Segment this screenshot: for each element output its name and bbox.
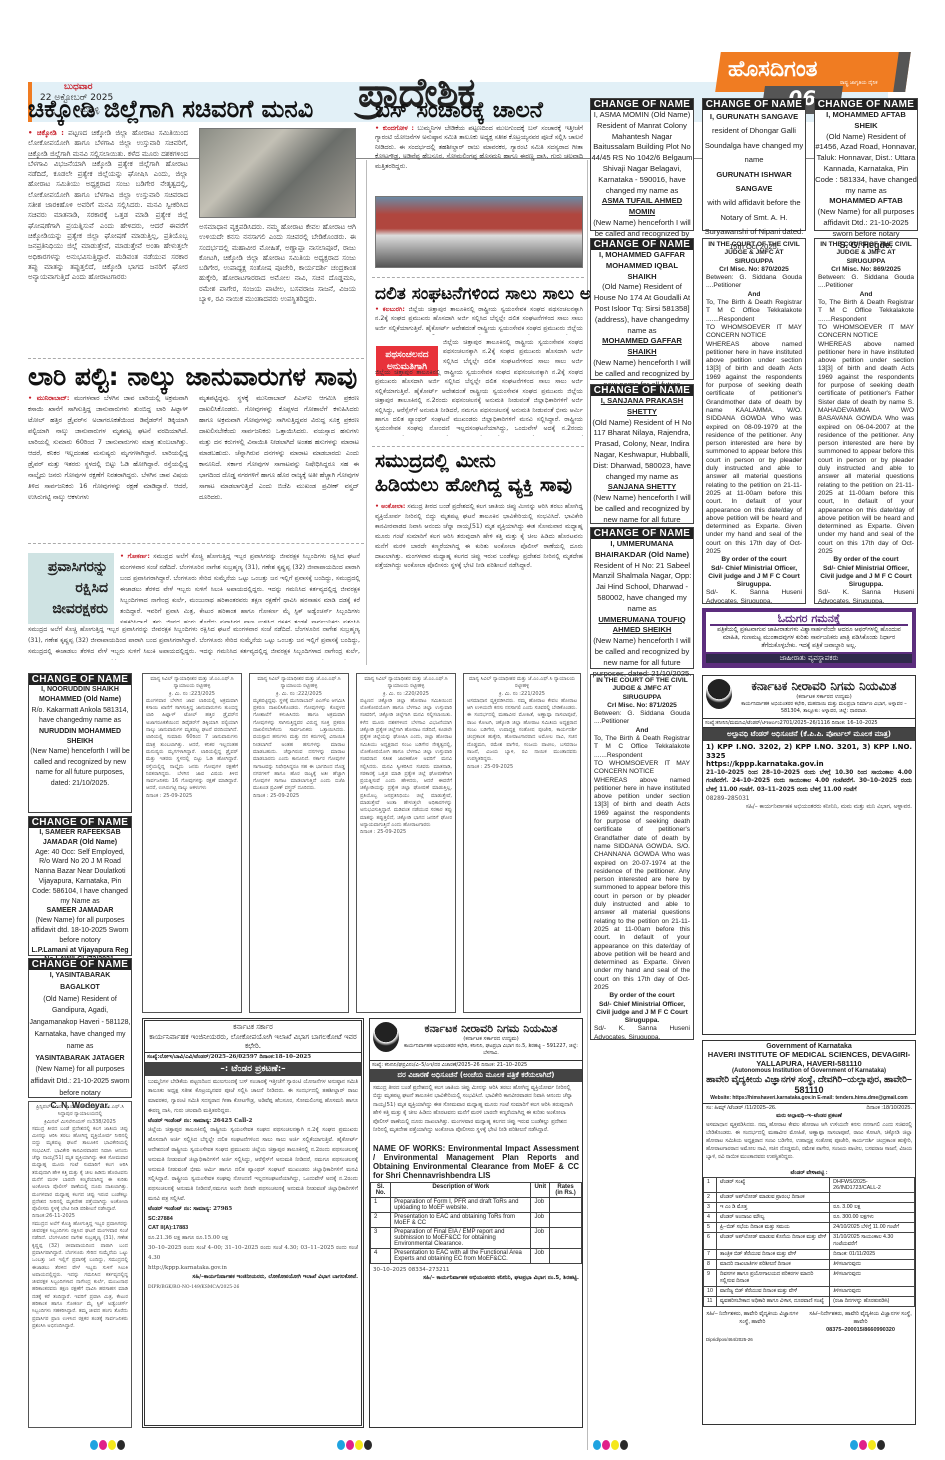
tender-date: ದಿನಾಂಕ :18/10/2025.	[866, 1105, 912, 1112]
news-photo	[199, 128, 356, 218]
tender-url[interactable]: http://kppp.karnataka.gov.in	[148, 1264, 358, 1274]
article-divider	[372, 446, 584, 447]
table-row: 1Preparation of Form I, PFR and draft To…	[371, 1198, 582, 1213]
tender-ref: ಸಂಖ್ಯೆ: ಕನೀನಿನಿ/ಘಪ್ರವಿನಂ/ವಿ–5/ಎಇ/ದರ ವಿಚಾ…	[370, 1060, 582, 1069]
classified-ad: CHANGE OF NAME I, NOORUDDIN SHAIKH MOHAM…	[28, 673, 132, 813]
classified-header: CHANGE OF NAME	[29, 959, 131, 970]
knnl-logo-icon	[373, 1022, 399, 1052]
court-notice: IN THE COURT OF THE CIVIL JUDGE & JMFC A…	[702, 238, 806, 604]
table-row: 2Presentation to EAC and obtaining ToRs …	[371, 1213, 582, 1228]
classified-header: CHANGE OF NAME	[29, 674, 131, 685]
black-dot-icon	[620, 1440, 628, 1450]
tender-schedule-table: 1ಟೆಂಡರ್ ಸಂಖ್ಯೆDHFWS/2025-26/IND1723/CALL…	[703, 1177, 915, 1307]
court-notice: IN THE COURT OF THE CIVIL JUDGE & JMFC A…	[590, 674, 694, 1040]
article-body-cont: ಅಸಮಾಧಾನ ವ್ಯಕ್ತಪಡಿಸಿದರು. ನಮ್ಮ ಹೋರಾಟ ಕೇವಲ …	[199, 222, 356, 352]
tender-ad-hims: Government of Karnataka HAVERI INSTITUTE…	[702, 1040, 916, 1425]
classified-header: CHANGE OF NAME	[591, 528, 693, 539]
article-body: • ಕಲಬುರಗಿ: ಜಿಲ್ಲೆಯ ಚಿತ್ತಾಪುರ ತಾಲೂಕಿನಲ್ಲಿ…	[375, 305, 583, 335]
new-name: MOHAMMED GAFFAR SHAIKH	[591, 336, 693, 358]
new-name: ASMA TUFAIL AHMED MOMIN	[591, 196, 693, 218]
article-divider	[372, 277, 584, 278]
tender-ref: ಸಂಖ್ಯೆ:ಲೋಇ/ಬಾವಿ/ಎವಿ/ಟೆಂಡರ್/2025–26/02597…	[145, 1052, 361, 1062]
classified-ad: CHANGE OF NAME I, MOHAMMED GAFFAR MOHAMM…	[590, 238, 694, 380]
print-registration-marks	[850, 1440, 885, 1450]
article-sea: ಸಮುದ್ರದಲ್ಲಿ ಮೀನು ಹಿಡಿಯಲು ಹೋಗಿದ್ದ ವ್ಯಕ್ತಿ…	[375, 449, 585, 497]
article-body: • ಅಂಕೋಲಾ: ಸಮುದ್ರ ತೀರದ ಬಂಡೆ ಪ್ರದೇಶದಲ್ಲಿ ಕ…	[375, 502, 583, 652]
court-notice-kannada: ಮಾನ್ಯ ಸಿವಿಲ್ ನ್ಯಾಯಾಧೀಶರ ಮತ್ತು ಜೆ.ಎಂ.ಎಫ್.…	[463, 673, 581, 1013]
court-notice-kannada: ಮಾನ್ಯ ಸಿವಿಲ್ ನ್ಯಾಯಾಧೀಶರ ಮತ್ತು ಜೆ.ಎಂ.ಎಫ್.…	[249, 673, 349, 1013]
tender-banner: –: ಟೆಂಡರ ಪ್ರಕಟಣೆ:–	[145, 1062, 361, 1076]
black-dot-icon	[117, 1440, 125, 1450]
article-headline-box: ಪ್ರವಾಸಿಗರನ್ನು ರಕ್ಷಿಸಿದ ಜೀವರಕ್ಷಕರು	[28, 553, 114, 624]
table-row: 7ತಾಂತ್ರಿಕ ಬಿಡ್ ತೆರೆಯುವ ದಿನಾಂಕ ಮತ್ತು ವೇಳೆ…	[704, 1250, 915, 1260]
new-name: GURUNATH ISHWAR SANGAVE	[703, 168, 805, 197]
cyan-dot-icon	[90, 1440, 98, 1450]
classified-header: CHANGE OF NAME	[815, 99, 917, 110]
table-row: 8ಮಾದರಿ ದಾಖಲಾತಿಗಳ ಪರಿಶೀಲನೆ ದಿನಾಂಕತಿಳಿಸಲಾಗ…	[704, 1260, 915, 1270]
issue-day: ಬುಧವಾರ	[40, 82, 113, 93]
dateline: • ಮುನಿರಾಬಾದ್:	[28, 394, 69, 402]
article-body: • ಚಿಕ್ಕೋಡಿ : ಪಟ್ಟಣದ ಚಿಕ್ಕೋಡಿ ಜಿಲ್ಲಾ ಹೋರಾ…	[28, 128, 188, 360]
article-body: • ಮುನಿರಾಬಾದ್: ಮಂಗಳವಾರ ಬೆಳಗಿನ ಜಾವ ಲಾರಿಯಲ್…	[28, 393, 188, 525]
reader-notice: ಓದುಗರ ಗಮನಕ್ಕೆ ಪತ್ರಿಕೆಯಲ್ಲಿ ಪ್ರಕಟವಾಗುವ ಜಾ…	[702, 608, 916, 668]
article-headline-line1: ಸಮುದ್ರದಲ್ಲಿ ಮೀನು	[375, 449, 585, 473]
article-headline: ಚಿಕ್ಕೋಡಿ ಜಿಲ್ಲೆಗಾಗಿ ಸಚಿವರಿಗೆ ಮನವಿ	[28, 94, 364, 124]
knnl-logo-icon	[706, 679, 732, 709]
classified-header: CHANGE OF NAME	[591, 99, 693, 110]
table-row: 1ಟೆಂಡರ್ ಸಂಖ್ಯೆDHFWS/2025-26/IND1723/CALL…	[704, 1178, 915, 1193]
article-body: • ಗೋಕರ್ಣ: ಸಮುದ್ರದ ಅಲೆಗೆ ಕೊಚ್ಚಿ ಹೋಗುತ್ತಿದ…	[120, 551, 360, 623]
new-name: MOHAMMED AFTAB	[815, 196, 917, 207]
reader-notice-title: ಓದುಗರ ಗಮನಕ್ಕೆ	[710, 614, 908, 626]
dateline: • ಕುಂದಗೋಳ :	[375, 124, 414, 132]
paper-tagline: ರಾಷ್ಟ್ರ ಜಾಗೃತಿಯ ದೈನಿಕ	[840, 80, 878, 86]
court-notice: IN THE COURT OF THE CIVIL JUDGE & JMFC A…	[814, 238, 918, 604]
name-of-works: NAME OF WORKS: Environmental Impact Asse…	[370, 1144, 582, 1180]
case-number: Crl Misc. No: 869/2025	[818, 266, 914, 274]
article-headline: ದಲಿತ ಸಂಘಟನೆಗಳಿಂದ ಸಾಲು ಸಾಲು ಅರ್ಜಿ	[375, 283, 585, 305]
court-notice-kannada: ಮಾನ್ಯ ಸಿವಿಲ್ ನ್ಯಾಯಾಧೀಶರ ಮತ್ತು ಜೆ.ಎಂ.ಎಫ್.…	[356, 673, 456, 1013]
news-photo	[375, 196, 583, 268]
classified-header: CHANGE OF NAME	[591, 385, 693, 396]
black-dot-icon	[364, 1440, 372, 1450]
article-body: • ಕುಂದಗೋಳ : ಬುಮ್ಮನಿಗಳ ಬೇಡಿಕೆಯ ಪಟ್ಟಣದಿಂದ …	[375, 124, 583, 196]
table-row: 5ಪ್ರಿ–ಬಿಡ್ ಸಭೆಯ ದಿನಾಂಕ ಮತ್ತು ಸಮಯ24/10/20…	[704, 1223, 915, 1233]
tender-ad-knnl: ಕರ್ನಾಟಕ ನೀರಾವರಿ ನಿಗಮ ನಿಯಮಿತ (ಕರ್ನಾಟಕ ಸರ್…	[702, 675, 916, 1035]
magenta-dot-icon	[602, 1440, 610, 1450]
cyan-dot-icon	[337, 1440, 345, 1450]
column-divider	[587, 160, 588, 1450]
column-divider	[366, 160, 367, 665]
classified-ad: CHANGE OF NAME I, SANJANA PRAKASH SHETTY…	[590, 384, 694, 524]
black-dot-icon	[877, 1440, 885, 1450]
new-name: SANJANA SHETTY	[591, 482, 693, 493]
dateline: • ಚಿಕ್ಕೋಡಿ :	[28, 129, 64, 137]
case-number: ಕ್ರಿ. ಮಿ. ನಂ :220/2025	[360, 691, 452, 698]
court-notice-kannada: ಮಾನ್ಯ ಸಿವಿಲ್ ನ್ಯಾಯಾಧೀಶರ ಮತ್ತು ಜೆ.ಎಂ.ಎಫ್.…	[142, 673, 242, 1013]
article-body-cont: ಜಿಲ್ಲೆಯ ಚಿತ್ತಾಪುರ ತಾಲೂಕಿನಲ್ಲಿ ರಾಷ್ಟ್ರೀಯ …	[443, 338, 583, 366]
classified-ad: CHANGE OF NAME I, YASINTABARAK BAGALKOT …	[28, 958, 132, 1098]
new-name: UMMERUMANA TOUFIQ AHMED SHEIKH	[591, 615, 693, 637]
new-name: SAMEER JAMADAR	[29, 906, 131, 916]
court-notice-kannada: ಪ್ರಿನ್ಸಿಪಲ್ ಸಿವಿಲ್ ನ್ಯಾಯಾಧೀಶರ ಮತ್ತು ಜೆ.ಎ…	[28, 1101, 132, 1428]
new-name: NURUDDIN MOHAMMED SHEIKH	[29, 727, 131, 748]
classified-ad: CHANGE OF NAME I, UMMERUMANA BHAIRAKDAR …	[590, 527, 694, 669]
table-row: 11ವ್ಯವಹರಿಸಬೇಕಾದ ಅಧಿಕಾರಿ ಹಾಗೂ ವಿಳಾಸ, ದೂರವ…	[704, 1297, 915, 1307]
table-row: 3Preparation of Final EIA / EMP report a…	[371, 1228, 582, 1249]
magenta-dot-icon	[859, 1440, 867, 1450]
table-row: 2ಟೆಂಡರ್ ಅಪ್‌ಲೋಡ್ ಮಾಡುವ ಪ್ರಾರಂಭ ದಿನಾಂಕ	[704, 1193, 915, 1203]
print-registration-marks	[90, 1440, 125, 1450]
case-number: ಕ್ರಿ. ಮಿ. ನಂ :223/2025	[146, 691, 238, 698]
article-headline: ಬಸ್ ಸಂಚಾರಕ್ಕೆ ಚಾಲನೆ	[375, 96, 585, 126]
dateline: • ಅಂಕೋಲಾ:	[375, 503, 405, 510]
cyan-dot-icon	[850, 1440, 858, 1450]
classified-ad: CHANGE OF NAME I, SAMEER RAFEEKSAB JAMAD…	[28, 816, 132, 956]
article-headline: ಲಾರಿ ಪಲ್ಟಿ: ನಾಲ್ಕು ಜಾನುವಾರುಗಳ ಸಾವು	[28, 362, 364, 392]
classified-header: CHANGE OF NAME	[29, 817, 131, 828]
print-registration-marks	[337, 1440, 372, 1450]
article-dalit: ದಲಿತ ಸಂಘಟನೆಗಳಿಂದ ಸಾಲು ಸಾಲು ಅರ್ಜಿ	[375, 283, 585, 305]
table-row: 6ಟೆಂಡರ್ ಅಪ್‌ಲೋಡ್ ಮಾಡುವ ಕೊನೆಯ ದಿನಾಂಕ ಮತ್ತ…	[704, 1233, 915, 1250]
table-row: 9ದಿವಸಗಳ ಹಾಗೂ ಪ್ರಯೋಗಾಲಯದ ಪರಿಕರಗಳ ಮಾದರಿ ಸಲ…	[704, 1270, 915, 1287]
table-row: 4ಟೆಂಡರ್ ಅಂದಾಜು ಮೌಲ್ಯರೂ. 300.00 ಲಕ್ಷಗಳು	[704, 1213, 915, 1223]
article-body-cont: ಸಮುದ್ರದ ಅಲೆಗೆ ಕೊಚ್ಚಿ ಹೋಗುತ್ತಿದ್ದ ಇಬ್ಬರ ಪ…	[28, 624, 360, 660]
case-number: Crl Misc. No: 870/2025	[706, 266, 802, 274]
institution-name: HAVERI INSTITUTE OF MEDICAL SCIENCES, DE…	[705, 1050, 913, 1068]
article-headline-line2: ಹಿಡಿಯಲು ಹೋಗಿದ್ದ ವ್ಯಕ್ತಿ ಸಾವು	[375, 473, 585, 497]
classified-header: CHANGE OF NAME	[591, 239, 693, 250]
paper-name: ಹೊಸದಿಗಂತ	[728, 57, 817, 82]
yellow-dot-icon	[611, 1440, 619, 1450]
tender-ref: ಸಂ: ಹಿಮ್ಸ್ /ಟೆಂಡರ್ /11/2025–26.	[706, 1105, 776, 1112]
yellow-dot-icon	[108, 1440, 116, 1450]
classified-ad: CHANGE OF NAME I, MOHAMMED AFTAB SHEIK (…	[814, 98, 918, 231]
new-name: YASINTABARAK JATAGER	[29, 1053, 131, 1065]
table-row: 10ವಾಣಿಜ್ಯ ಬಿಡ್ ತೆರೆಯುವ ದಿನಾಂಕ ಮತ್ತು ವೇಳೆ…	[704, 1287, 915, 1297]
case-number: ಕ್ರಿ. ಮಿ. ನಂ :222/2025	[253, 691, 345, 698]
article-body-cont: ಜಿಲ್ಲೆಯ ಚಿತ್ತಾಪುರ ತಾಲೂಕಿನಲ್ಲಿ ರಾಷ್ಟ್ರೀಯ …	[375, 368, 583, 436]
dateline: • ಗೋಕರ್ಣ:	[120, 553, 150, 560]
classified-ad: CHANGE OF NAME I, GURUNATH SANGAVE resid…	[702, 98, 806, 231]
table-row: 3ಇ ಎಂ ಡಿ ಮೊತ್ತರೂ. 3.00 ಲಕ್ಷ	[704, 1203, 915, 1213]
tender-banner: ದರ ವಿಚಾರಣೆ ಅಧಿಸೂಚನೆ (ಅಂಚೆಯ ಮೂಲಕ ಪತ್ರಿಕೆ …	[370, 1069, 582, 1082]
tender-ref: ಸಂಖ್ಯೆ:ಕನೀನಿನಿ/ಮಮನಿವಿ/ಟೆಂಡರ್/ಟಿಇಆರ್ಎಂ270…	[703, 718, 915, 728]
magenta-dot-icon	[346, 1440, 354, 1450]
cyan-dot-icon	[593, 1440, 601, 1450]
tender-ad-pwd: ಕರ್ನಾಟಕ ಸರ್ಕಾರ ಕಾರ್ಯನಿರ್ವಾಹಕ ಇಂಜಿನೀಯರರು,…	[142, 1018, 364, 1428]
classified-ad: CHANGE OF NAME I, ASMA MOMIN (Old Name) …	[590, 98, 694, 231]
yellow-dot-icon	[355, 1440, 363, 1450]
case-number: ಕ್ರಿ. ಮಿ. ನಂ :221/2025	[467, 691, 577, 698]
tender-url[interactable]: https://kppp.karnataka.gov.in	[706, 760, 912, 769]
yellow-dot-icon	[868, 1440, 876, 1450]
article-divider	[28, 358, 364, 359]
article-chikkodi: ಚಿಕ್ಕೋಡಿ ಜಿಲ್ಲೆಗಾಗಿ ಸಚಿವರಿಗೆ ಮನವಿ	[28, 94, 364, 124]
tender-banner: ಅಲ್ಪಾವಧಿ ಟೆಂಡರ್ ಅಧಿಸೂಚನೆ (ಕೆ.ಪಿ.ಪಿ. ಪೋರ್…	[703, 728, 915, 741]
article-bus: ಬಸ್ ಸಂಚಾರಕ್ಕೆ ಚಾಲನೆ	[375, 96, 585, 126]
tender-ad-rate-enquiry: ಕರ್ನಾಟಕ ನೀರಾವರಿ ನಿಗಮ ನಿಯಮಿತ (ಕರ್ನಾಟಕ ಸರ್…	[369, 1018, 583, 1428]
case-number: Crl Misc. No: 871/2025	[594, 702, 690, 710]
article-body-cont: ಮೃತಪಟ್ಟಿದ್ದವು. ಸ್ಥಳಕ್ಕೆ ಮುನಿರಾಬಾದ್ ಪಿಎಸ್…	[199, 393, 359, 525]
table-row: 4Presentation to EAC with all the Functi…	[371, 1249, 582, 1264]
works-table: Sl. No. Description of Work Unit Rates (…	[370, 1182, 582, 1264]
tender-works: 1) KPP I.NO. 3202, 2) KPP I.NO. 3201, 3)…	[706, 743, 912, 760]
article-divider	[28, 543, 364, 544]
print-registration-marks	[593, 1440, 628, 1450]
classified-header: CHANGE OF NAME	[703, 99, 805, 110]
magenta-dot-icon	[99, 1440, 107, 1450]
dateline: • ಕಲಬುರಗಿ:	[375, 306, 405, 313]
article-lorry: ಲಾರಿ ಪಲ್ಟಿ: ನಾಲ್ಕು ಜಾನುವಾರುಗಳ ಸಾವು	[28, 362, 364, 392]
